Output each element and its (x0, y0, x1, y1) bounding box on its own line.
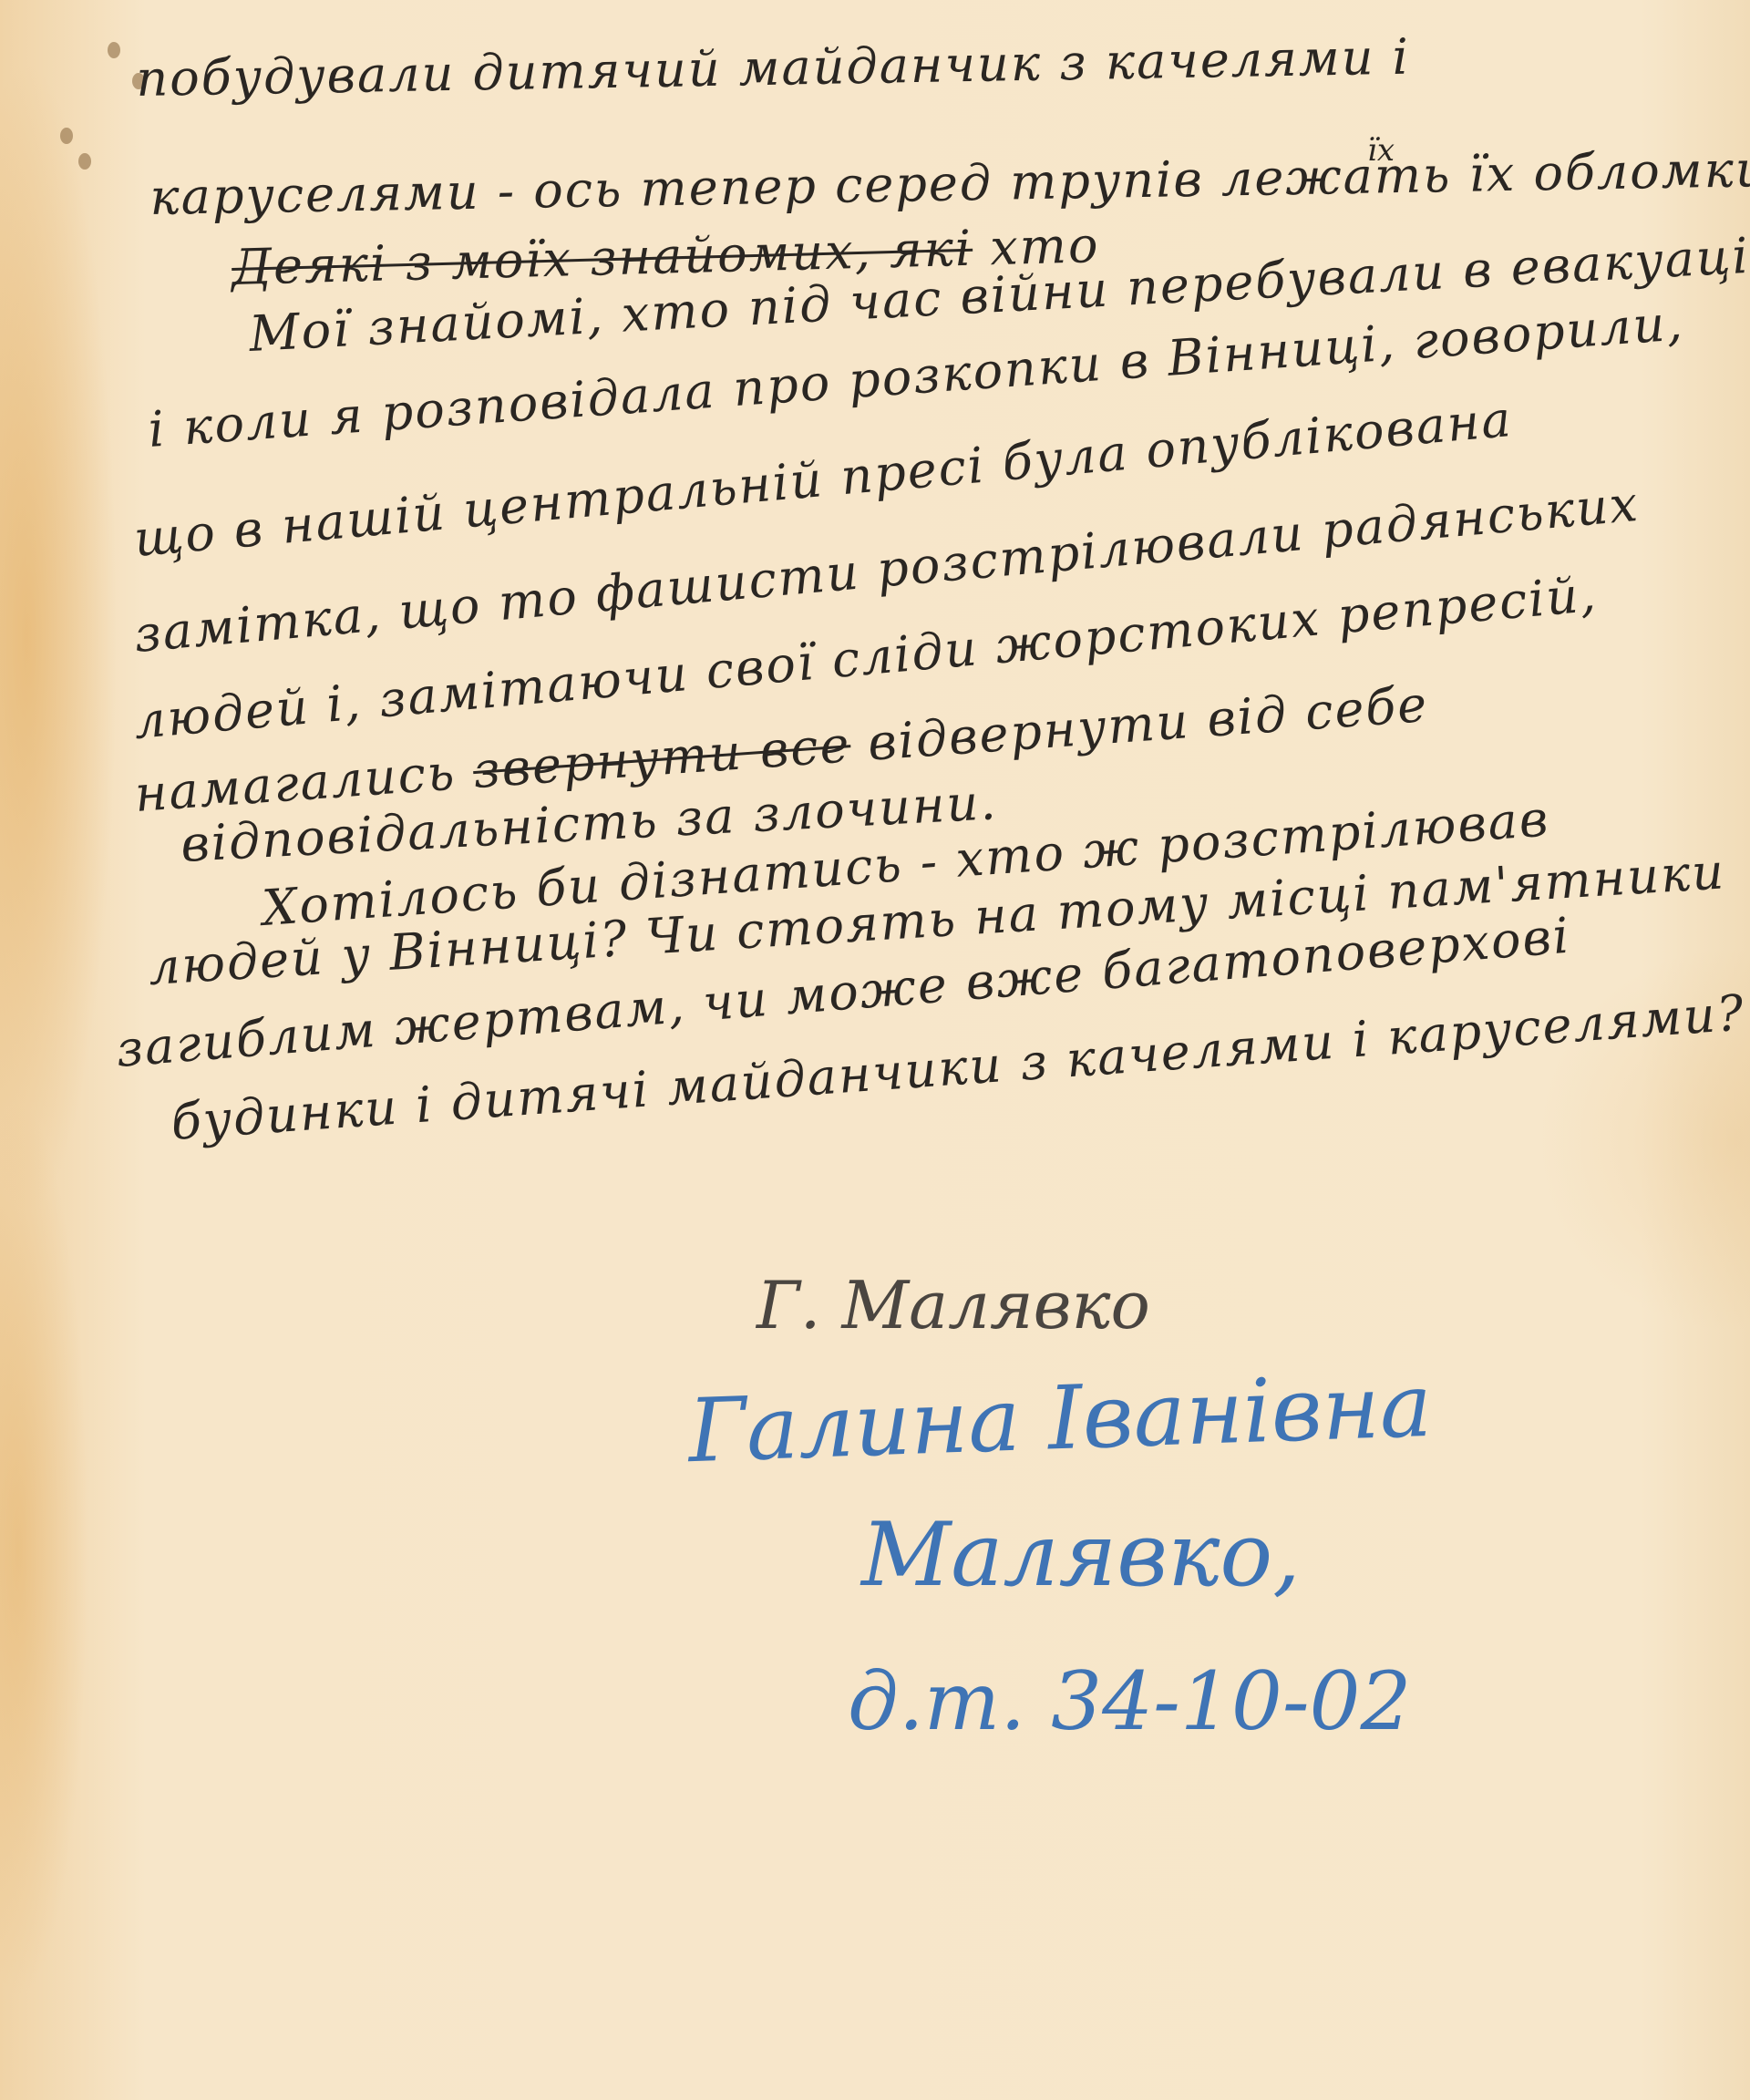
text-line-2: каруселями - ось тепер серед трупів лежа… (149, 140, 1750, 226)
phone-number: д.т. 34-10-02 (848, 1654, 1412, 1748)
signature-pencil: Г. Малявко (757, 1267, 1150, 1343)
paper-hole (108, 42, 120, 58)
text-after: відвернути від себе (849, 675, 1430, 773)
signature-last-name: Малявко, (861, 1504, 1301, 1606)
text-line-1: побудували дитячий майданчик з качелями … (136, 28, 1410, 108)
text-line-2-content: каруселями - ось тепер серед трупів лежа… (149, 140, 1750, 226)
paper-hole (78, 153, 91, 170)
paper-hole (60, 128, 73, 144)
scanned-paper-page: побудували дитячий майданчик з качелями … (0, 0, 1750, 2100)
signature-first-name: Галина Іванівна (686, 1354, 1433, 1482)
